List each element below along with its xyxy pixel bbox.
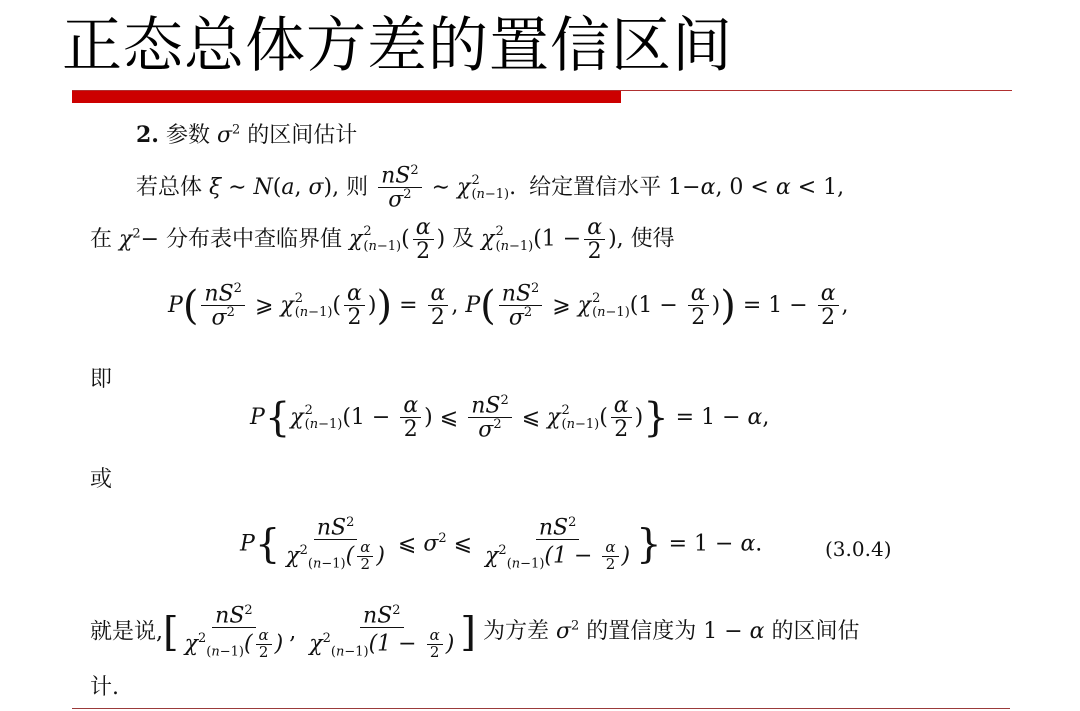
section-heading: 2. 参数 σ2 的区间估计	[136, 118, 357, 149]
paragraph-line-1: 若总体 ξ ∼ N(a, σ), 则 nS2σ2 ∼ χ2(n−1). 给定置信…	[136, 164, 844, 212]
equation-probability-tails: P(nS2σ2 ⩾ χ2(n−1)(α2)) = α2, P(nS2σ2 ⩾ χ…	[168, 282, 849, 330]
equation-two-sided: P{χ2(n−1)(1 − α2) ⩽ nS2σ2 ⩽ χ2(n−1)(α2)}…	[250, 394, 769, 442]
word-huo: 或	[90, 462, 112, 493]
footer-rule	[72, 708, 1010, 709]
conclusion-line-2: 计.	[90, 670, 119, 701]
title-underline-accent-bar	[72, 91, 621, 103]
conclusion-line-1: 就是说,[nS2χ2(n−1)(α2), nS2χ2(n−1)(1 − α2)]…	[90, 604, 860, 661]
fraction-ns2-over-sigma2: nS2σ2	[378, 164, 422, 212]
word-ji: 即	[90, 362, 112, 393]
equation-variance-interval: P{nS2χ2(n−1)(α2) ⩽ σ2 ⩽ nS2χ2(n−1)(1 − α…	[240, 516, 762, 573]
paragraph-line-2: 在 χ2− 分布表中查临界值 χ2(n−1)(α2) 及 χ2(n−1)(1 −…	[90, 216, 675, 263]
slide-title: 正态总体方差的置信区间	[62, 8, 733, 84]
equation-number: (3.0.4)	[825, 537, 892, 561]
